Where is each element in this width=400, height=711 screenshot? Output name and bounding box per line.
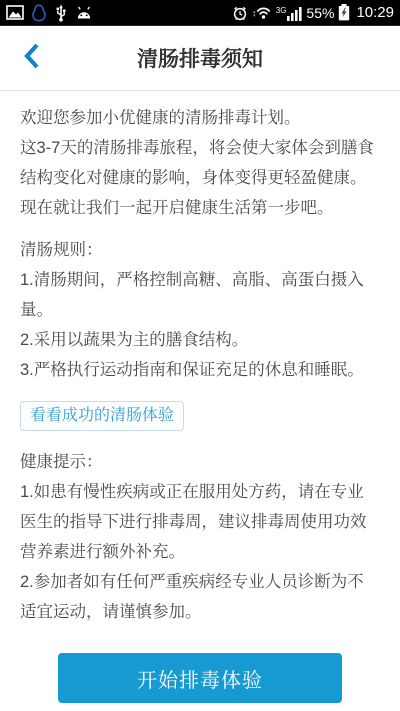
content-area: 欢迎您参加小优健康的清肠排毒计划。 这3-7天的清肠排毒旅程，将会使大家体会到膳… — [0, 91, 400, 703]
status-bar-right: 3G 55% 10:29 — [232, 4, 394, 21]
gallery-icon — [6, 5, 24, 20]
rule-item: 2.采用以蔬果为主的膳食结构。 — [20, 325, 380, 355]
back-button[interactable] — [10, 26, 54, 90]
tips-section: 健康提示： 1.如患有慢性疾病或正在服用处方药，请在专业医生的指导下进行排毒周，… — [20, 447, 380, 627]
android-icon — [75, 6, 93, 20]
chevron-left-icon — [22, 41, 42, 76]
intro-paragraph: 这3-7天的清肠排毒旅程，将会使大家体会到膳食结构变化对健康的影响，身体变得更轻… — [20, 133, 380, 223]
rule-item: 3.严格执行运动指南和保证充足的休息和睡眠。 — [20, 355, 380, 385]
alarm-icon — [232, 5, 248, 21]
header: 清肠排毒须知 — [0, 26, 400, 91]
wifi-icon — [252, 5, 272, 20]
rule-item: 1.清肠期间，严格控制高糖、高脂、高蛋白摄入量。 — [20, 265, 380, 325]
network-type-label: 3G — [276, 7, 287, 15]
battery-charging-icon — [338, 4, 350, 21]
experience-link[interactable]: 看看成功的清肠体验 — [20, 401, 184, 431]
page-title: 清肠排毒须知 — [137, 43, 263, 73]
usb-icon — [54, 4, 68, 22]
rules-title: 清肠规则： — [20, 235, 380, 265]
status-bar: 3G 55% 10:29 — [0, 0, 400, 26]
status-bar-left — [6, 4, 93, 22]
intro-paragraph: 欢迎您参加小优健康的清肠排毒计划。 — [20, 103, 380, 133]
clock-time: 10:29 — [356, 5, 394, 20]
signal-bars-icon: 3G — [276, 5, 303, 21]
qq-icon — [31, 4, 47, 22]
start-detox-button[interactable]: 开始排毒体验 — [58, 653, 342, 703]
battery-percent-label: 55% — [306, 6, 334, 20]
app-screen: 3G 55% 10:29 — [0, 0, 400, 711]
tip-item: 1.如患有慢性疾病或正在服用处方药，请在专业医生的指导下进行排毒周，建议排毒周使… — [20, 477, 380, 567]
rules-section: 清肠规则： 1.清肠期间，严格控制高糖、高脂、高蛋白摄入量。 2.采用以蔬果为主… — [20, 235, 380, 385]
tips-title: 健康提示： — [20, 447, 380, 477]
tip-item: 2.参加者如有任何严重疾病经专业人员诊断为不适宜运动，请谨慎参加。 — [20, 567, 380, 627]
